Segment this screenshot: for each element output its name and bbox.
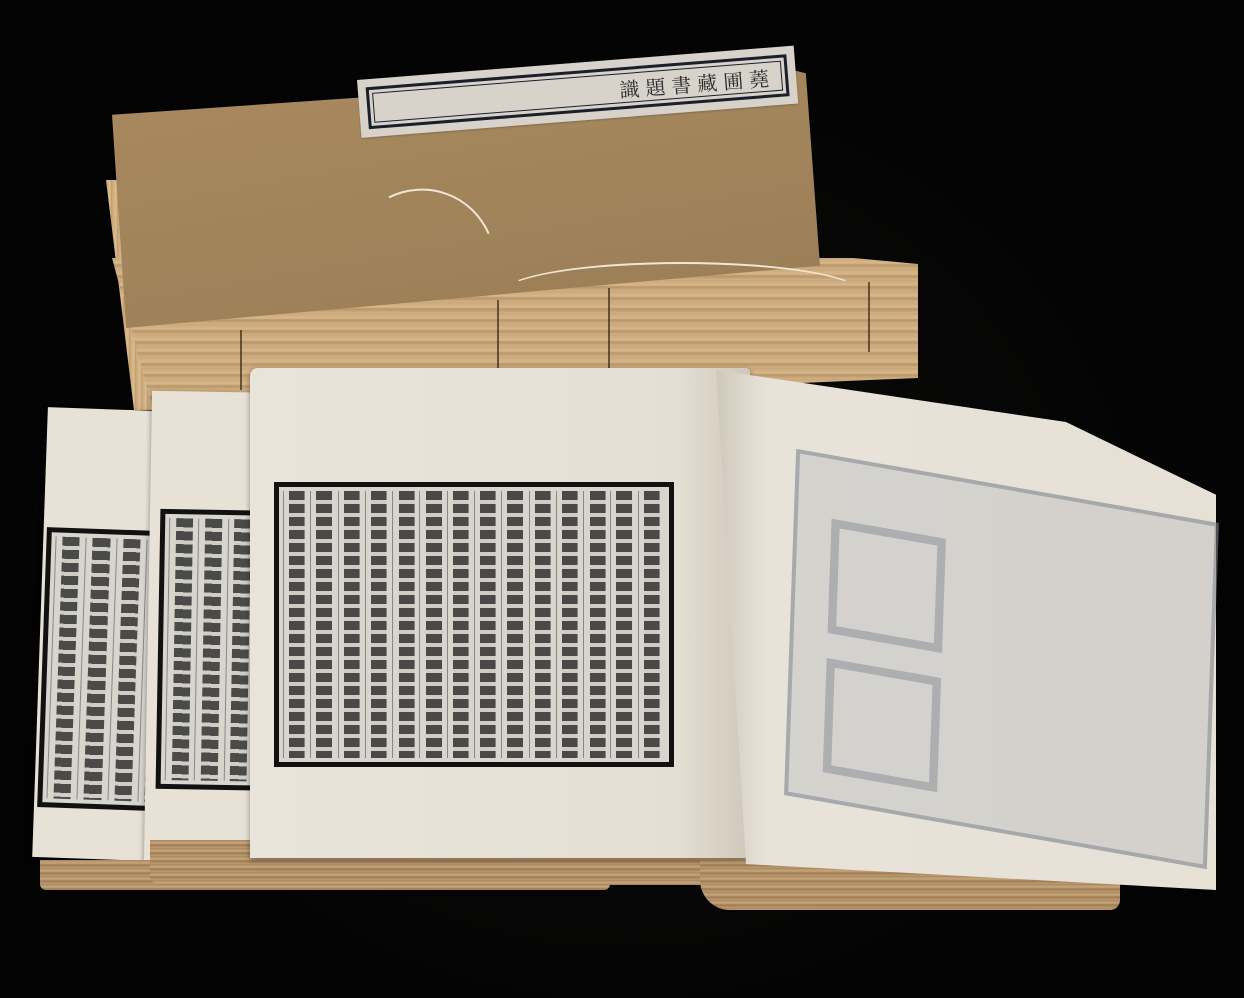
binding-stitch — [868, 282, 870, 352]
loose-binding-thread — [500, 262, 864, 326]
text-frame-front — [274, 482, 674, 767]
photo-background: 蕘圃藏書題識 □ □ — [0, 0, 1244, 998]
book-title: 蕘圃藏書題識 — [618, 62, 776, 103]
binding-stitch — [240, 330, 242, 390]
seal-impression: □ □ — [784, 449, 1219, 869]
seal-glyph: □ — [809, 626, 956, 800]
